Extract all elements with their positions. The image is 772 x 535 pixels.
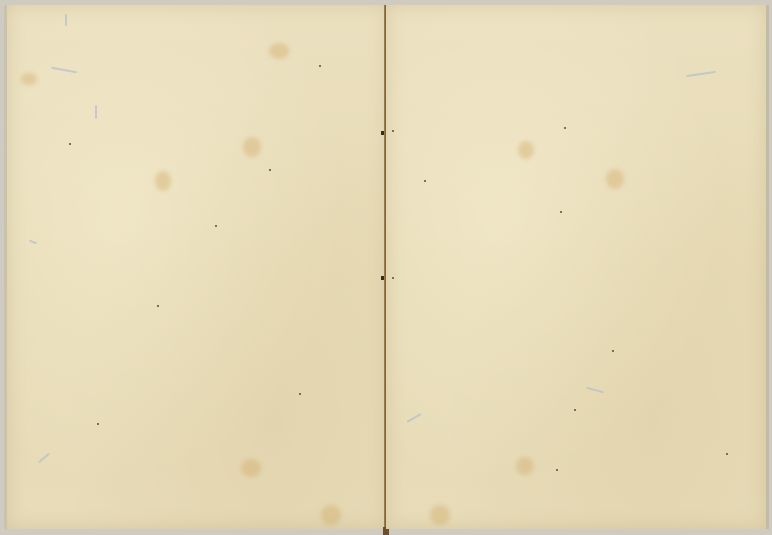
speck — [726, 453, 728, 455]
foxing-spot — [606, 169, 624, 189]
photo-scene — [0, 0, 772, 535]
speck — [424, 180, 426, 182]
book-spread — [4, 5, 766, 529]
left-page — [4, 5, 387, 529]
speck — [556, 469, 558, 471]
paper-fiber — [586, 387, 604, 394]
paper-fiber — [95, 105, 97, 119]
speck — [97, 423, 99, 425]
speck — [564, 127, 566, 129]
foxing-spot — [516, 457, 534, 475]
foxing-spot — [269, 43, 289, 59]
foxing-spot — [241, 459, 261, 477]
speck — [392, 277, 394, 279]
speck — [157, 305, 159, 307]
foxing-spot — [518, 141, 534, 159]
paper-fiber — [29, 240, 37, 245]
paper-fiber — [65, 14, 67, 26]
speck — [319, 65, 321, 67]
speck — [612, 350, 614, 352]
paper-fiber — [38, 453, 50, 464]
foxing-spot — [155, 171, 171, 191]
speck — [69, 143, 71, 145]
foxing-spot — [321, 505, 341, 525]
right-page — [386, 5, 769, 529]
paper-fiber — [686, 71, 716, 77]
foxing-spot — [430, 505, 450, 525]
speck — [269, 169, 271, 171]
speck — [215, 225, 217, 227]
speck — [392, 130, 394, 132]
foxing-spot — [243, 137, 261, 157]
paper-fiber — [407, 413, 422, 423]
speck — [574, 409, 576, 411]
speck — [299, 393, 301, 395]
foxing-spot — [21, 73, 37, 85]
paper-fiber — [51, 67, 77, 73]
speck — [560, 211, 562, 213]
